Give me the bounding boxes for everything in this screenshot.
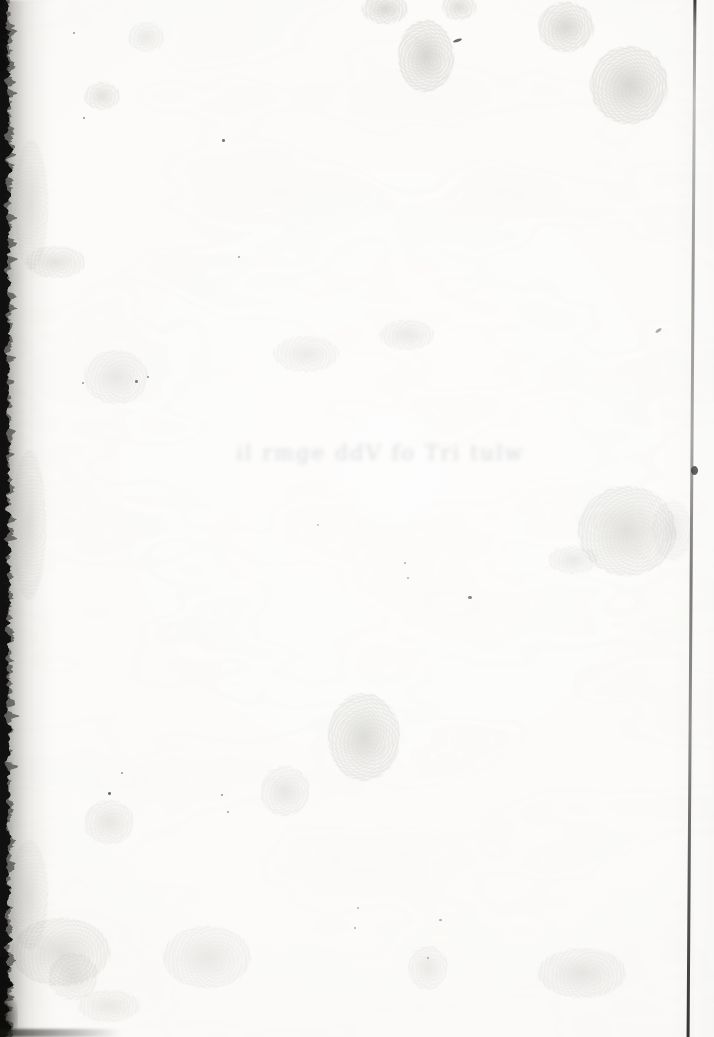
scanned-book-page: il rmge ddV fo Tri tulw: [0, 0, 714, 1037]
paper-grain: [0, 0, 714, 1037]
